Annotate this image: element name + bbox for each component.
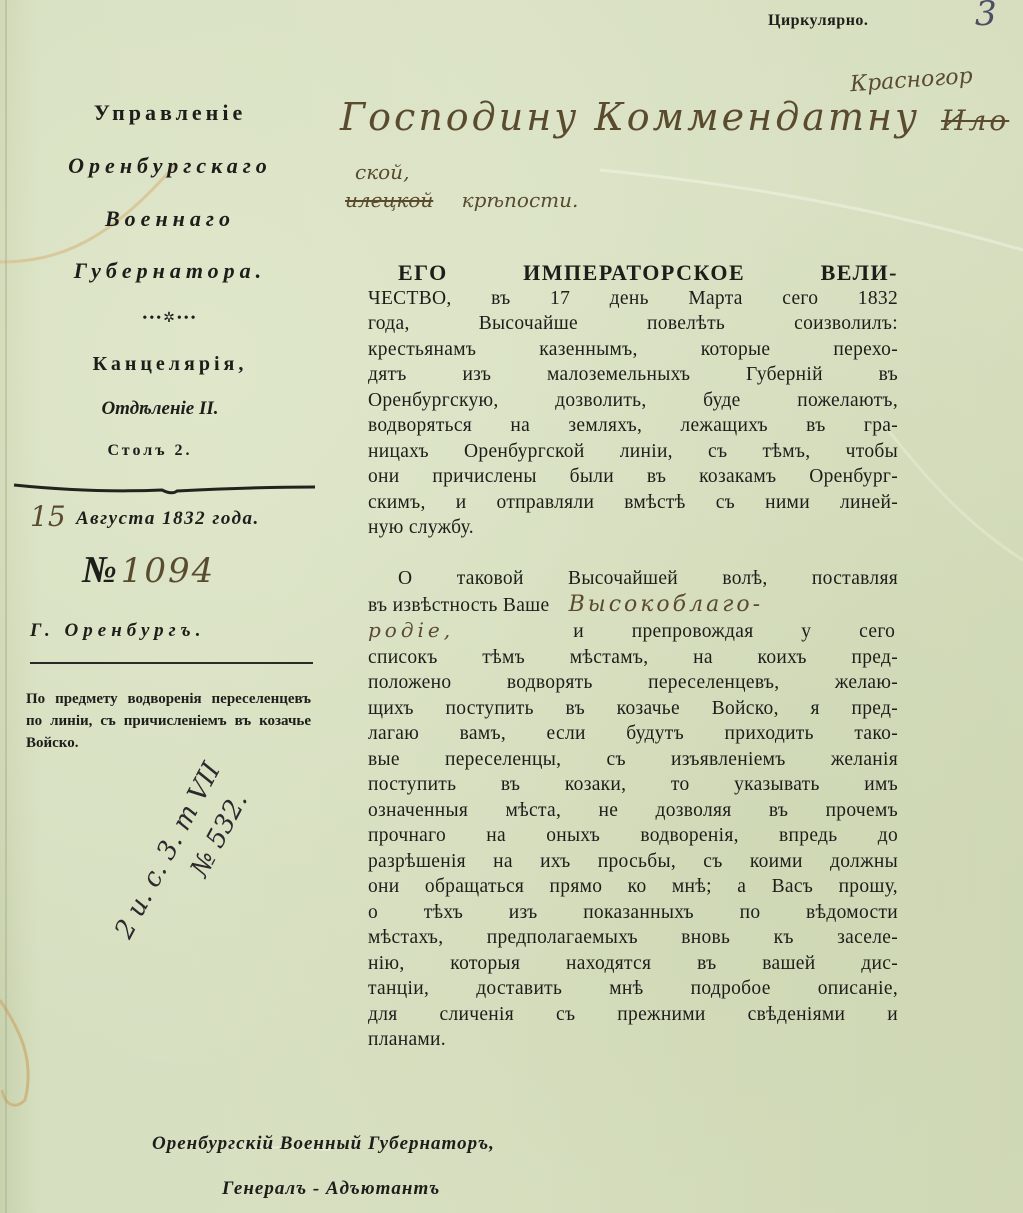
body-line: года, Высочайше повелѣть соизволилъ: bbox=[368, 311, 898, 337]
header-line-3: Военнаго bbox=[30, 206, 310, 232]
date-day-handwritten: 15 bbox=[30, 500, 66, 533]
body-line: О таковой Высочайшей волѣ, поставляя bbox=[368, 566, 898, 592]
addressee-struck-word: Ило bbox=[941, 104, 1009, 137]
body-line: положено водворять переселенцевъ, желаю- bbox=[368, 670, 898, 696]
number-handwritten: 1094 bbox=[121, 551, 216, 591]
addressee-struck-word-2: илецкой bbox=[345, 188, 433, 212]
place-label: Г. Оренбургъ. bbox=[30, 620, 205, 642]
body-paragraph-1: ЕГО ИМПЕРАТОРСКОЕ ВЕЛИ- ЧЕСТВО, въ 17 де… bbox=[368, 260, 898, 541]
addressee-insert-1: Красногор bbox=[849, 64, 973, 98]
printed-fragment: и препровождая у сего bbox=[573, 619, 895, 645]
body-line: Оренбургскую, дозволить, буде пожелаютъ, bbox=[368, 388, 898, 414]
body-line: щихъ поступить въ козачье Войско, я пред… bbox=[368, 696, 898, 722]
body-line: они причислены были въ козакамъ Оренбург… bbox=[368, 464, 898, 490]
printed-fragment: въ извѣстность Ваше bbox=[368, 595, 549, 616]
body-line: списокъ тѣмъ мѣстамъ, на коихъ пред- bbox=[368, 645, 898, 671]
date-printed: Августа 1832 года. bbox=[76, 508, 260, 530]
rule-divider bbox=[30, 662, 313, 664]
body-line-mixed: родіе, и препровождая у сего bbox=[368, 618, 898, 645]
folio-number: 3 bbox=[975, 0, 997, 34]
handwritten-fragment: родіе, bbox=[368, 618, 568, 644]
addressee-line-1: Господину Коммендатну Ило bbox=[340, 95, 1009, 139]
header-line-4: Губернатора. bbox=[30, 258, 310, 284]
handwritten-fragment: Высокоблаго- bbox=[569, 592, 763, 617]
body-line: планами. bbox=[368, 1027, 898, 1053]
circular-label-text: Циркулярно. bbox=[768, 12, 868, 29]
number-prefix: № bbox=[82, 549, 117, 591]
body-line: они обращаться прямо ко мнѣ; а Васъ прош… bbox=[368, 874, 898, 900]
addressee-insert-2: ской, bbox=[355, 160, 409, 184]
body-line: дятъ изъ малоземельныхъ Губерній въ bbox=[368, 362, 898, 388]
body-line: ницахъ Оренбургской линіи, съ тѣмъ, чтоб… bbox=[368, 439, 898, 465]
body-paragraph-2: О таковой Высочайшей волѣ, поставляя въ … bbox=[368, 566, 898, 1053]
header-line-2: Оренбургскаго bbox=[30, 153, 310, 179]
document-number: № 1094 bbox=[82, 548, 215, 592]
body-line: о тѣхъ изъ показанныхъ по вѣдомости bbox=[368, 900, 898, 926]
body-line: ЧЕСТВО, въ 17 день Марта сего 1832 bbox=[368, 286, 898, 312]
addressee-main: Господину Коммендатну bbox=[340, 95, 920, 139]
desk-label: Столъ 2. bbox=[10, 442, 290, 460]
body-line: означенныя мѣста, не дозволяя въ прочемъ bbox=[368, 798, 898, 824]
wave-divider bbox=[12, 483, 317, 495]
ornament-divider: •••✲••• bbox=[30, 310, 310, 327]
signature-title: Оренбургскій Военный Губернаторъ, bbox=[152, 1133, 495, 1155]
department-label: Отдѣленіе II. bbox=[20, 398, 300, 420]
folio-number-text: 3 bbox=[975, 0, 997, 34]
body-line: водворяться на земляхъ, лежащихъ въ гра- bbox=[368, 413, 898, 439]
body-line: поступить въ козаки, то указывать имъ bbox=[368, 772, 898, 798]
body-line: крестьянамъ казеннымъ, которые перехо- bbox=[368, 337, 898, 363]
body-line: нію, которыя находятся въ вашей дис- bbox=[368, 951, 898, 977]
header-line-1: Управленіе bbox=[30, 100, 310, 126]
body-line: вые переселенцы, съ изъявленіемъ желанія bbox=[368, 747, 898, 773]
body-line: прочнаго на оныхъ водворенія, впредь до bbox=[368, 823, 898, 849]
body-line: для сличенія съ прежними свѣденіями и bbox=[368, 1002, 898, 1028]
circular-label: Циркулярно. bbox=[768, 12, 868, 30]
body-line: скимъ, и отправляли вмѣстѣ съ ними линей… bbox=[368, 490, 898, 516]
signature-rank: Генералъ - Адъютантъ bbox=[222, 1178, 440, 1200]
addressee-line-2: илецкой крѣпости. bbox=[345, 188, 578, 212]
body-line: мѣстахъ, предполагаемыхъ вновь къ заселе… bbox=[368, 925, 898, 951]
body-line: разрѣшенія на ихъ просьбы, съ коими долж… bbox=[368, 849, 898, 875]
binding-thread bbox=[0, 0, 200, 1213]
body-line: лагаю вамъ, если будутъ приходить тако- bbox=[368, 721, 898, 747]
addressee-fortress: крѣпости. bbox=[462, 188, 579, 212]
office-label: Канцелярія, bbox=[30, 353, 310, 376]
body-line: ную службу. bbox=[368, 515, 898, 541]
body-line-mixed: въ извѣстность Ваше Высокоблаго- bbox=[368, 592, 898, 619]
body-line: ЕГО ИМПЕРАТОРСКОЕ ВЕЛИ- bbox=[368, 260, 898, 286]
body-line: танціи, доставить мнѣ подробое описаніе, bbox=[368, 976, 898, 1002]
